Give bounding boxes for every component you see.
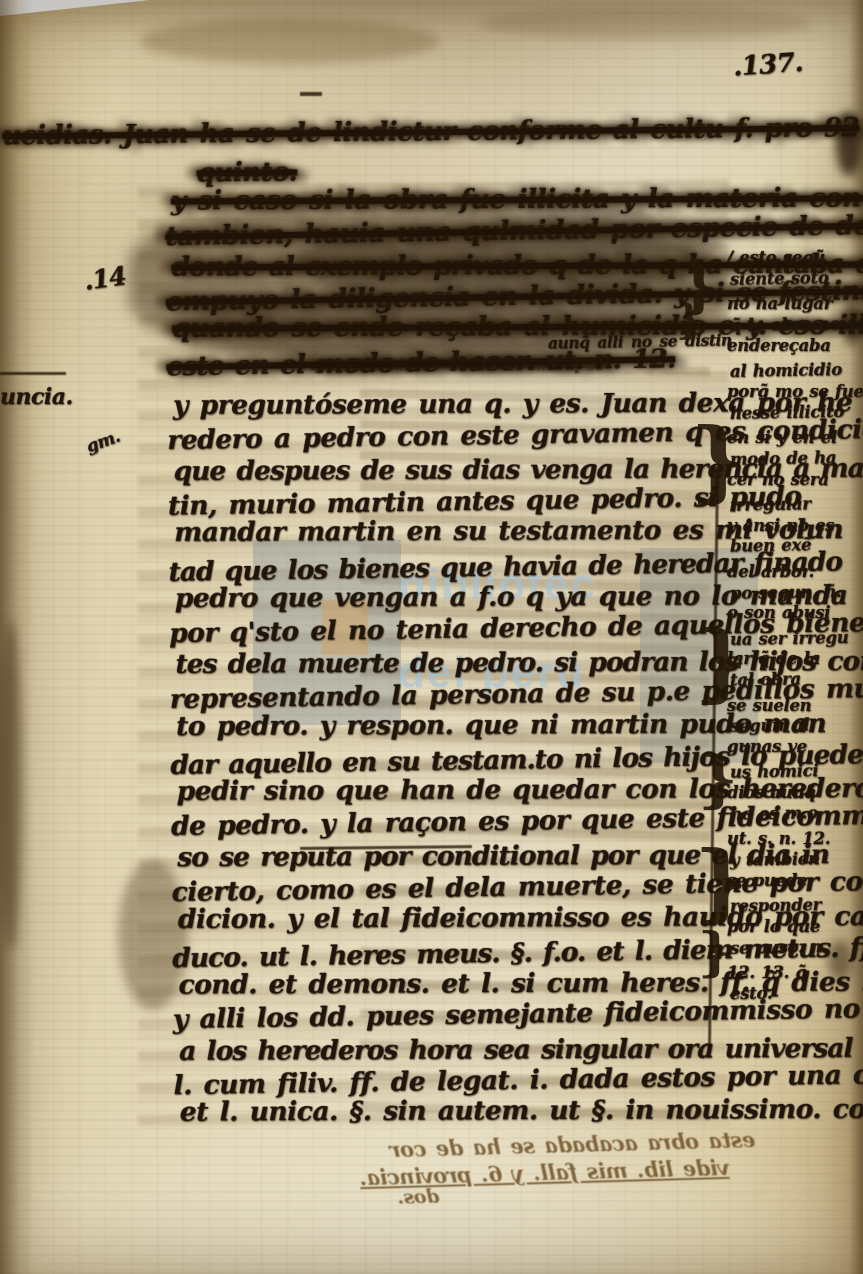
margin-brace: } [676,296,702,343]
margin-brace: } [694,612,748,711]
margin-brace: } [698,742,738,815]
braces-layer: }}}}}}} [0,0,863,1274]
manuscript-page: bibliotec del perú .137. ucidias. Juan h… [0,0,863,1274]
margin-brace: } [694,832,748,931]
margin-brace: } [698,922,731,983]
bleedthrough-line: dos. [398,1185,440,1208]
